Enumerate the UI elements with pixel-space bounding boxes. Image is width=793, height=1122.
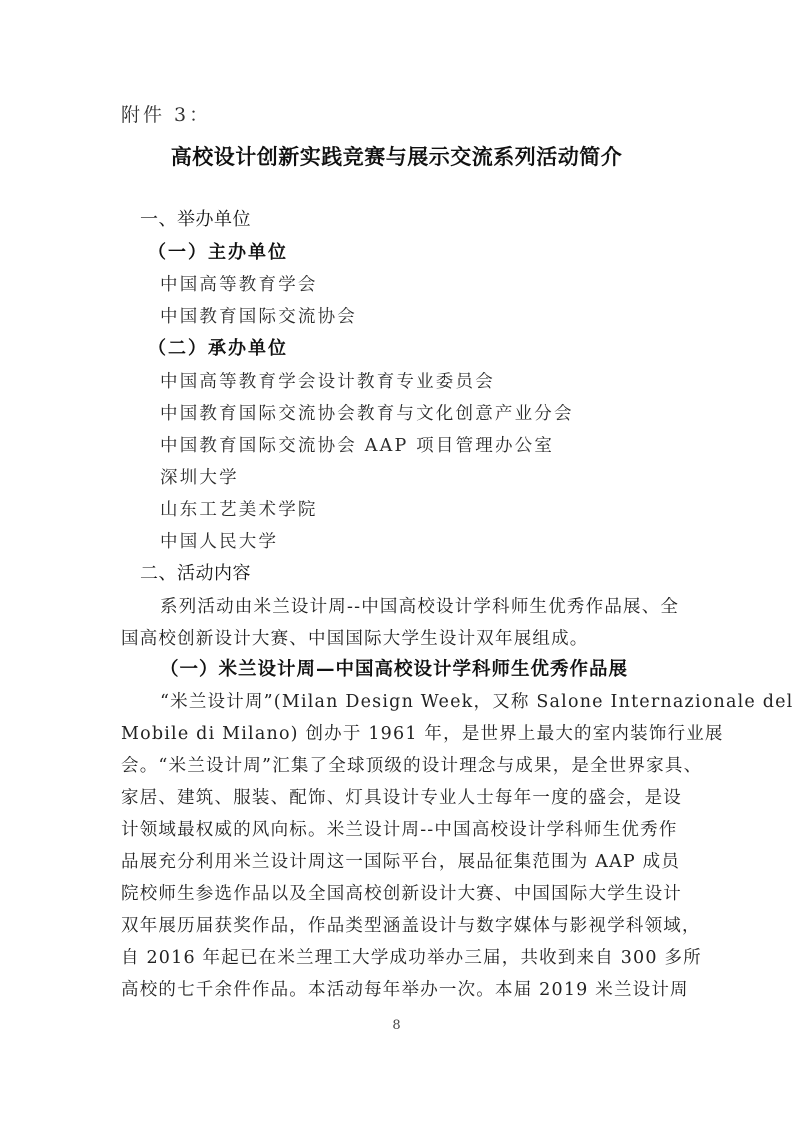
host-item: 中国教育国际交流协会: [160, 306, 357, 328]
organizer-item: 中国教育国际交流协会 AAP 项目管理办公室: [160, 435, 554, 457]
document-title: 高校设计创新实践竞赛与展示交流系列活动简介: [0, 146, 793, 168]
host-item: 中国高等教育学会: [160, 274, 318, 296]
organizer-item: 中国教育国际交流协会教育与文化创意产业分会: [160, 403, 574, 425]
subsection-heading-milan: （一）米兰设计周—中国高校设计学科师生优秀作品展: [160, 659, 628, 681]
organizer-item: 深圳大学: [160, 467, 239, 489]
body-line: Mobile di Milano) 创办于 1961 年，是世界上最大的室内装饰…: [121, 723, 673, 745]
body-line: 品展充分利用米兰设计周这一国际平台，展品征集范围为 AAP 成员: [121, 851, 673, 873]
page-number: 8: [0, 1018, 793, 1033]
body-line: 自 2016 年起已在米兰理工大学成功举办三届，共收到来自 300 多所: [121, 947, 673, 969]
body-line: 高校的七千余件作品。本活动每年举办一次。本届 2019 米兰设计周: [121, 979, 673, 1001]
body-line: “米兰设计周”(Milan Design Week，又称 Salone Inte…: [160, 691, 673, 713]
body-line: 会。“米兰设计周”汇集了全球顶级的设计理念与成果，是全世界家具、: [121, 755, 673, 777]
organizer-item: 中国人民大学: [160, 531, 278, 553]
body-line: 双年展历届获奖作品，作品类型涵盖设计与数字媒体与影视学科领域，: [121, 915, 673, 937]
intro-line: 系列活动由米兰设计周--中国高校设计学科师生优秀作品展、全: [160, 596, 673, 618]
attachment-label: 附件 3：: [121, 104, 211, 126]
subsection-heading-hosts: （一）主办单位: [148, 242, 288, 264]
document-page: 附件 3： 高校设计创新实践竞赛与展示交流系列活动简介 一、举办单位 （一）主办…: [0, 0, 793, 1122]
organizer-item: 中国高等教育学会设计教育专业委员会: [160, 371, 495, 393]
body-line: 家居、建筑、服装、配饰、灯具设计专业人士每年一度的盛会，是设: [121, 787, 673, 809]
body-line: 院校师生参选作品以及全国高校创新设计大赛、中国国际大学生设计: [121, 883, 673, 905]
subsection-heading-organizers: （二）承办单位: [148, 338, 288, 360]
section-heading-activities: 二、活动内容: [140, 563, 251, 585]
section-heading-organizers: 一、举办单位: [140, 209, 251, 231]
body-line: 计领域最权威的风向标。米兰设计周--中国高校设计学科师生优秀作: [121, 819, 673, 841]
intro-line: 国高校创新设计大赛、中国国际大学生设计双年展组成。: [121, 628, 673, 650]
organizer-item: 山东工艺美术学院: [160, 499, 318, 521]
